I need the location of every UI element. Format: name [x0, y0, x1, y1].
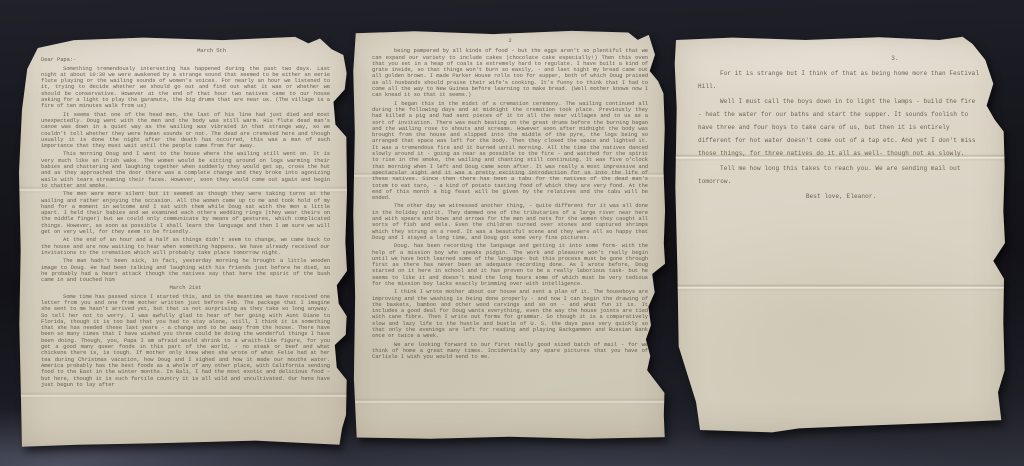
page-2-paragraph: Doug. has been recording the language an…	[372, 243, 648, 287]
page-2-paragraph: being pampered by all kinds of food - bu…	[372, 48, 648, 98]
page-1-paragraph: Something tremendously interesting has h…	[41, 66, 330, 110]
page-3-typewritten-text: 3. For it is strange but I think of that…	[672, 36, 1006, 434]
page-1-paragraph: This morning Doug and I went to the hous…	[41, 151, 330, 189]
page-2-number: 2	[372, 38, 648, 44]
letter-page-1: March 5th Dear Papa:- Something tremendo…	[18, 36, 348, 448]
page-1-paper: March 5th Dear Papa:- Something tremendo…	[18, 36, 348, 448]
page-3-paragraph: Tell me how long this takes to reach you…	[698, 162, 982, 188]
letter-page-3: 3. For it is strange but I think of that…	[672, 36, 1006, 434]
page-2-paragraph: The other day we witnessed another thing…	[372, 203, 648, 241]
page-2-paragraph: I began this in the midst of a cremation…	[372, 101, 648, 202]
page-1-paragraph: The man hadn't been sick, in fact, yeste…	[41, 258, 330, 283]
page-1-paragraph: Some time has passed since I started thi…	[41, 294, 330, 388]
page-2-paragraph: We are looking forward to our first real…	[372, 342, 648, 361]
page-2-paragraph: I think I wrote mother about our house a…	[372, 289, 648, 339]
page-1-salutation: Dear Papa:-	[41, 57, 330, 63]
page-1-date-heading: March 5th	[67, 48, 348, 54]
page-1-second-date-heading: March 21st	[41, 285, 330, 291]
page-1-typewritten-text: March 5th Dear Papa:- Something tremendo…	[18, 36, 348, 448]
page-3-paragraph: For it is strange but I think of that as…	[698, 67, 982, 93]
page-3-paragraph: Well I must call the boys down in to lig…	[698, 95, 982, 160]
page-2-paper: 2 being pampered by all kinds of food - …	[352, 30, 666, 440]
page-3-closing: Best love, Eleanor.	[698, 190, 982, 203]
page-3-number: 3.	[753, 52, 1006, 65]
page-1-paragraph: The men were more silent but it seemed a…	[41, 191, 330, 235]
page-1-paragraph: It seems that one of the head men, the l…	[41, 112, 330, 150]
page-1-paragraph: At the end of an hour and a half as thin…	[41, 237, 330, 256]
photo-backdrop: March 5th Dear Papa:- Something tremendo…	[0, 0, 1024, 466]
page-3-paper: 3. For it is strange but I think of that…	[672, 36, 1006, 434]
page-2-typewritten-text: 2 being pampered by all kinds of food - …	[352, 30, 666, 440]
letter-page-2: 2 being pampered by all kinds of food - …	[352, 30, 666, 440]
